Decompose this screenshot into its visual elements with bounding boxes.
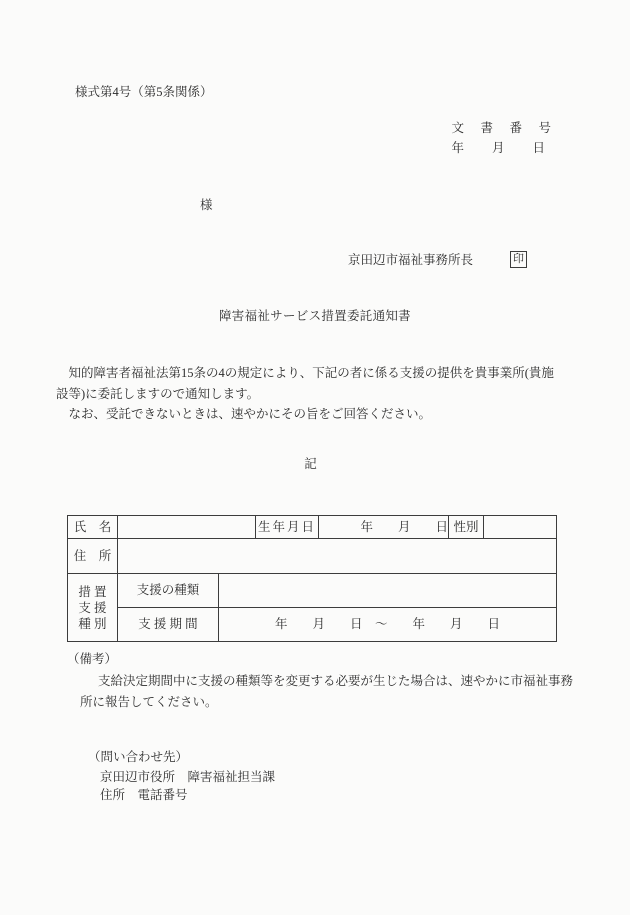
table-row: 措 置 支 援 種 別 支援の種類 [68,574,557,608]
name-label-cell: 氏 名 [68,516,118,539]
dob-label-cell: 生年月日 [256,516,319,539]
remarks-text-line: 支給決定期間中に支援の種類等を変更する必要が生じた場合は、速やかに市福祉事務 [98,672,573,690]
document-page: 様式第4号（第5条関係） 文 書 番 号 年 月 日 様 京田辺市福祉事務所長 … [0,0,630,915]
support-type-value-cell [219,574,557,608]
seal-character: 印 [513,254,524,265]
seal-mark-icon: 印 [510,251,527,268]
remarks-label: （備考） [67,650,117,668]
table-row: 支 援 期 間 年 月 日 ～ 年 月 日 [68,608,557,642]
gender-label-cell: 性別 [449,516,484,539]
doc-date-label: 年 月 日 [451,139,553,157]
table-row: 氏 名 生年月日 年 月 日 性別 [68,516,557,539]
address-value-cell [118,539,557,574]
category-label-line: 支 援 [68,600,117,616]
category-label-line: 種 別 [68,616,117,632]
contact-text-line: 住所 電話番号 [100,786,188,804]
category-label-cell: 措 置 支 援 種 別 [68,574,118,642]
ki-marker: 記 [0,455,621,473]
contact-text-line: 京田辺市役所 障害福祉担当課 [100,768,275,786]
body-text-line: 設等)に委託しますので通知します。 [56,385,259,403]
category-label-line: 措 置 [68,584,117,600]
document-title: 障害福祉サービス措置委託通知書 [0,307,630,325]
dob-value-cell: 年 月 日 [319,516,449,539]
doc-number-label: 文 書 番 号 [451,119,553,137]
body-text-line: 知的障害者福祉法第15条の4の規定により、下記の者に係る支援の提供を貴事業所(貴… [56,364,554,382]
name-value-cell [118,516,256,539]
support-period-label-cell: 支 援 期 間 [118,608,219,642]
form-number: 様式第4号（第5条関係） [75,83,213,101]
body-text-line: なお、受託できないときは、速やかにその旨をご回答ください。 [56,405,431,423]
doc-meta-block: 文 書 番 号 年 月 日 [451,119,553,157]
remarks-text-line: 所に報告してください。 [80,693,218,711]
address-label-cell: 住 所 [68,539,118,574]
contact-label: （問い合わせ先） [88,748,188,766]
support-period-value-cell: 年 月 日 ～ 年 月 日 [219,608,557,642]
gender-value-cell [484,516,557,539]
sender-title: 京田辺市福祉事務所長 [348,251,473,269]
support-type-label-cell: 支援の種類 [118,574,219,608]
notice-table: 氏 名 生年月日 年 月 日 性別 住 所 措 置 支 援 種 別 支援の種類 … [67,515,557,642]
addressee-honorific: 様 [200,196,213,214]
table-row: 住 所 [68,539,557,574]
